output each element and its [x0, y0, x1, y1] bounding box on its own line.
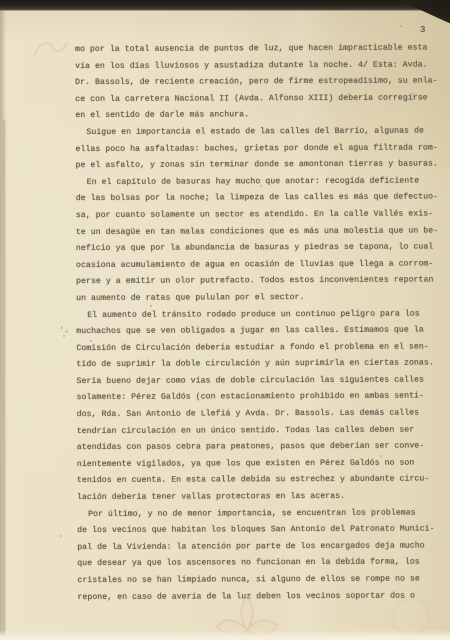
typewritten-line: mo por la total ausencia de puntos de lu… — [75, 40, 449, 58]
typewritten-line: dos, Rda. San Antonio de Llefiá y Avda. … — [77, 405, 450, 423]
typewritten-line: Suigue en importancia el estado de las c… — [75, 123, 449, 141]
typewritten-line: sa, por cuanto solamente un sector es at… — [76, 206, 450, 224]
margin-ink-mark: ', — [59, 325, 70, 336]
typewritten-line: pe el asfalto, y zonas sin terminar dond… — [76, 157, 450, 175]
typewritten-line: Sería bueno dejar como vías de doble cir… — [76, 372, 450, 390]
typewritten-line: ellas poco ha asfaltadas: baches, grieta… — [75, 140, 449, 158]
typewritten-line: pal de la Vivienda: la atención por part… — [77, 538, 450, 556]
typewritten-line: En el capítulo de basuras hay mucho que … — [76, 173, 450, 191]
typewritten-line: en el sentido de darle más anchura. — [75, 107, 449, 125]
typewritten-line: que desear ya que los ascensores no func… — [77, 555, 450, 573]
typewritten-line: tido de suprimir la doble circulación y … — [76, 356, 450, 374]
typewritten-line: muchachos que se ven obligados a jugar e… — [76, 322, 450, 340]
typewritten-line: nientemente vigilados, ya que los que ex… — [77, 455, 450, 473]
typewritten-line: te un desagüe en tan malas condiciones q… — [76, 223, 450, 241]
typewritten-line: tenidos en cuenta. En esta calle debida … — [77, 472, 450, 490]
typewritten-line: vía en los días lluviosos y asustadiza d… — [75, 57, 449, 75]
typewritten-line: perse y a emitir un olor putrefacto. Tod… — [76, 273, 450, 291]
typewritten-line: ocasiona acumulamiento de agua en ocasió… — [76, 256, 450, 274]
scanner-edge-top — [0, 0, 450, 11]
typewritten-line: ce con la carretera Nacional II (Avda. A… — [75, 90, 449, 108]
typewritten-line: de las bolsas por la noche; la limpeza d… — [76, 190, 450, 208]
typewritten-line: Por último, y no de menor importancia, s… — [77, 505, 450, 523]
typewritten-line: cristales no se han limpiado nunca, si a… — [77, 571, 450, 589]
typewritten-text-block: mo por la total ausencia de puntos de lu… — [75, 40, 450, 606]
typewritten-line: tendrían circulación en un único sentido… — [77, 422, 450, 440]
paper-specks — [150, 305, 152, 307]
page-number: 3 — [420, 25, 425, 35]
typewritten-line: Dr. Bassols, de reciente creación, pero … — [75, 74, 449, 92]
typewritten-line: solamente: Pérez Galdós (con estacionami… — [77, 389, 450, 407]
typewritten-line: de los vecinos que habitan los bloques S… — [77, 522, 450, 540]
embossed-mark — [30, 36, 72, 62]
typewritten-line: lación debería tener vallas protectoras … — [77, 488, 450, 506]
scanner-edge-bottom — [0, 630, 450, 640]
typewritten-line: El aumento del tránsito rodado produce u… — [76, 306, 450, 324]
scanned-document-page: 3 mo por la total ausencia de puntos de … — [0, 0, 450, 640]
typewritten-line: Comisión de Circulación debería estudiar… — [76, 339, 450, 357]
paper-fold-line — [3, 120, 5, 640]
typewritten-line: neficio ya que por la abundancia de basu… — [76, 239, 450, 257]
typewritten-line: atendidas con pasos cebra para peatones,… — [77, 439, 450, 457]
typewritten-line: un aumento de ratas que pululan por el s… — [76, 289, 450, 307]
